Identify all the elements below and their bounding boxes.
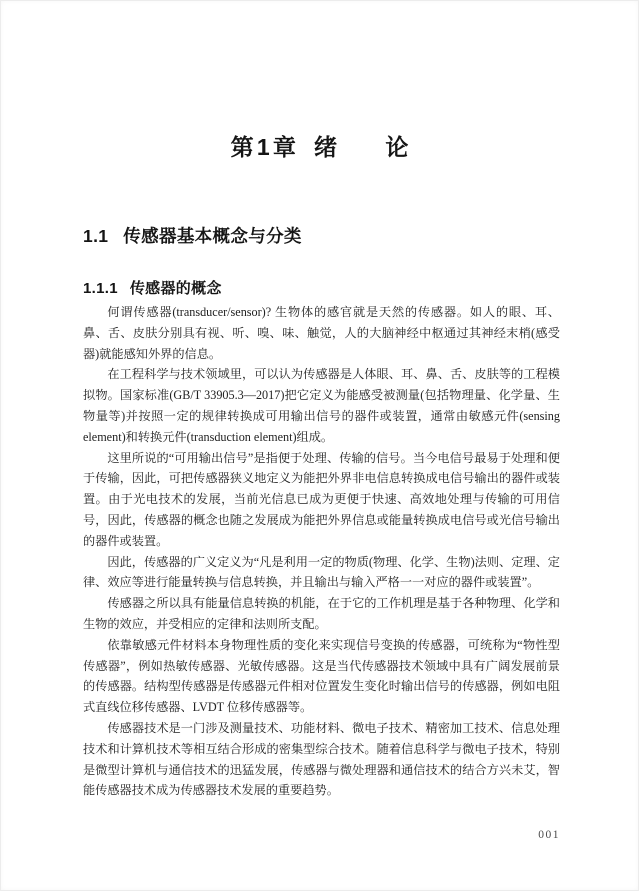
chapter-title: 绪论 [314,134,457,160]
paragraph-5: 传感器之所以具有能量信息转换的机能，在于它的工作机理是基于各种物理、化学和生物的… [83,593,560,635]
paragraph-6: 依靠敏感元件材料本身物理性质的变化来实现信号变换的传感器，可统称为“物性型传感器… [83,635,560,718]
book-page: 第1章绪论 1.1传感器基本概念与分类 1.1.1传感器的概念 何谓传感器(tr… [0,0,639,891]
subsection-title: 传感器的概念 [130,280,222,297]
paragraph-1: 何谓传感器(transducer/sensor)? 生物体的感官就是天然的传感器… [83,302,560,364]
subsection-heading: 1.1.1传感器的概念 [83,277,222,298]
chapter-heading: 第1章绪论 [0,129,639,162]
paragraph-4: 因此，传感器的广义定义为“凡是利用一定的物质(物理、化学、生物)法则、定理、定律… [83,552,560,594]
section-heading: 1.1传感器基本概念与分类 [83,223,302,248]
chapter-number: 第1章 [231,134,299,160]
body-text: 何谓传感器(transducer/sensor)? 生物体的感官就是天然的传感器… [83,302,560,801]
subsection-number: 1.1.1 [83,280,118,297]
paragraph-7: 传感器技术是一门涉及测量技术、功能材料、微电子技术、精密加工技术、信息处理技术和… [83,718,560,801]
paragraph-3: 这里所说的“可用输出信号”是指便于处理、传输的信号。当今电信号最易于处理和便于传… [83,448,560,552]
section-title: 传感器基本概念与分类 [123,226,302,246]
page-number: 001 [538,829,560,841]
paragraph-2: 在工程科学与技术领域里，可以认为传感器是人体眼、耳、鼻、舌、皮肤等的工程模拟物。… [83,364,560,447]
section-number: 1.1 [83,226,108,246]
